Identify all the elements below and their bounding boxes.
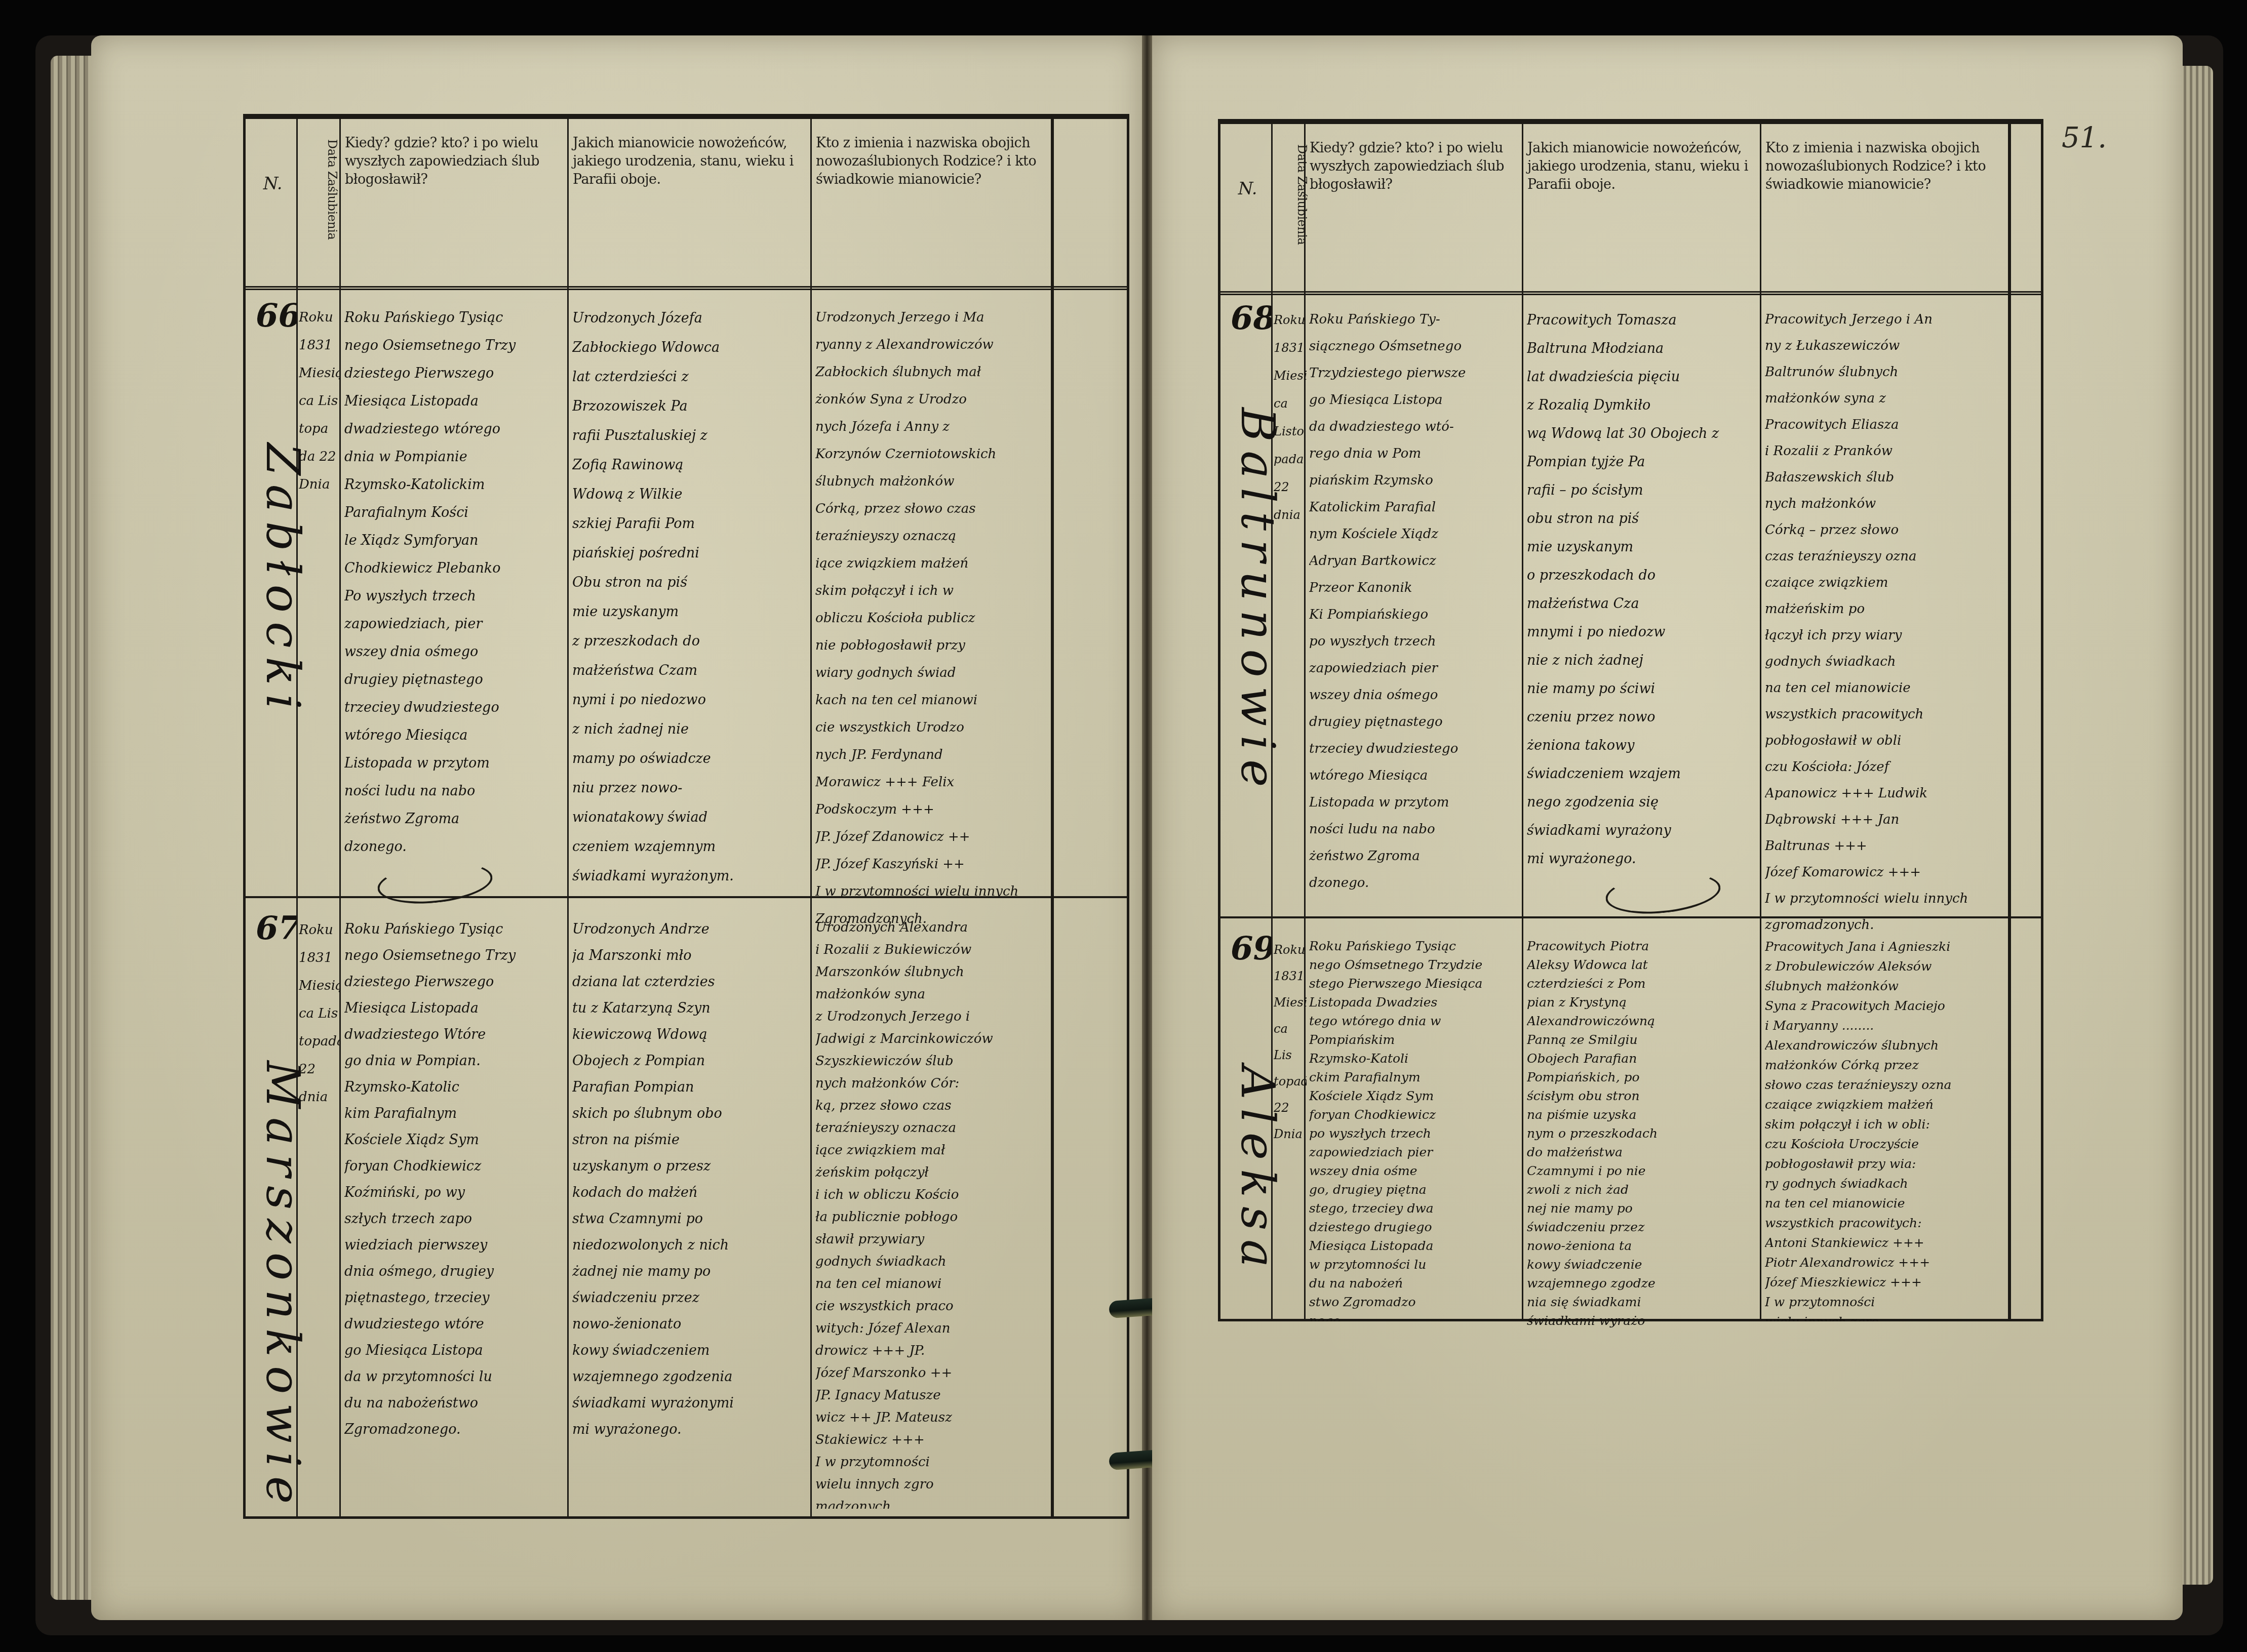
header-number: N. xyxy=(246,175,300,193)
right-page-edges xyxy=(2178,66,2213,1585)
header-who: Jakich mianowicie nowożeńców, jakiego ur… xyxy=(1524,139,1763,194)
entry-number: 66. xyxy=(256,301,296,331)
marriage-date: Roku 1831 Miesią ca Listo pada 22 dnia xyxy=(1274,306,1307,529)
column-divider xyxy=(1760,124,1761,1319)
parents-and-witnesses: Urodzonych Jerzego i Ma ryanny z Alexand… xyxy=(815,304,1053,942)
header-number: N. xyxy=(1220,180,1275,198)
marriage-date: Roku 1831 Miesią ca Lis topa da 22 Dnia xyxy=(299,304,339,499)
header-parents-witnesses: Kto z imienia i nazwiska obojich nowozaś… xyxy=(813,134,1052,189)
left-page: N. Data Zaślubienia Kiedy? gdzie? kto? i… xyxy=(91,35,1142,1620)
table-header: N. Data Zaślubienia Kiedy? gdzie? kto? i… xyxy=(246,119,1127,290)
entry-separator xyxy=(1220,916,2041,918)
signature-flourish xyxy=(376,857,495,908)
entry-separator xyxy=(246,896,1127,898)
margin-surname: Zabłocki xyxy=(256,443,310,848)
parents-and-witnesses: Urodzonych Alexandra i Rozalii z Bukiewi… xyxy=(815,916,1053,1509)
table-header: N. Data Zaślubienia Kiedy? gdzie? kto? i… xyxy=(1220,124,2041,295)
register-table-left: N. Data Zaślubienia Kiedy? gdzie? kto? i… xyxy=(243,114,1129,1519)
couple-details: Pracowitych Piotra Aleksy Wdowca lat czt… xyxy=(1527,937,1760,1332)
page-number: 51. xyxy=(2062,122,2107,154)
column-divider xyxy=(810,119,812,1516)
parents-and-witnesses: Pracowitych Jerzego i An ny z Łukaszewic… xyxy=(1765,306,2048,944)
header-date: Data Zaślubienia xyxy=(300,139,342,271)
entry-number: 67. xyxy=(256,914,296,943)
entry-number: 68. xyxy=(1231,304,1271,333)
marriage-date: Roku 1831 Miesią ca Lis topada 22 Dnia xyxy=(1274,937,1307,1147)
ceremony-details: Roku Pańskiego Tysiąc nego Osiemsetnego … xyxy=(344,916,567,1453)
margin-surname: Marszonkowie xyxy=(256,1061,310,1516)
column-divider xyxy=(339,119,341,1516)
open-register-book: N. Data Zaślubienia Kiedy? gdzie? kto? i… xyxy=(35,35,2223,1635)
couple-details: Urodzonych Józefa Zabłockiego Wdowca lat… xyxy=(572,304,810,906)
column-divider xyxy=(1522,124,1523,1319)
column-divider xyxy=(567,119,569,1516)
right-page: 51. N. Data Zaślubienia Kiedy? gdzie? kt… xyxy=(1152,35,2183,1620)
ceremony-details: Roku Pańskiego Ty- siącznego Ośmsetnego … xyxy=(1309,306,1522,904)
ceremony-details: Roku Pańskiego Tysiąc nego Ośmsetnego Tr… xyxy=(1309,937,1522,1321)
header-when-where: Kiedy? gdzie? kto? i po wielu wyszłych z… xyxy=(342,134,571,189)
couple-details: Pracowitych Tomasza Baltruna Młodziana l… xyxy=(1527,306,1760,904)
marriage-date: Roku 1831 Miesią ca Lis topada 22 dnia xyxy=(299,916,339,1111)
register-table-right: N. Data Zaślubienia Kiedy? gdzie? kto? i… xyxy=(1218,119,2043,1321)
header-who: Jakich mianowicie nowożeńców, jakiego ur… xyxy=(570,134,814,189)
header-when-where: Kiedy? gdzie? kto? i po wielu wyszłych z… xyxy=(1307,139,1525,194)
book-gutter xyxy=(1142,35,1152,1620)
entry-number: 69. xyxy=(1231,934,1271,963)
parents-and-witnesses: Pracowitych Jana i Agnieszki z Drobulewi… xyxy=(1765,937,2048,1321)
couple-details: Urodzonych Andrze ja Marszonki mło dzian… xyxy=(572,916,810,1453)
ceremony-details: Roku Pańskiego Tysiąc nego Osiemsetnego … xyxy=(344,304,567,861)
header-parents-witnesses: Kto z imienia i nazwiska obojich nowozaś… xyxy=(1762,139,2012,194)
